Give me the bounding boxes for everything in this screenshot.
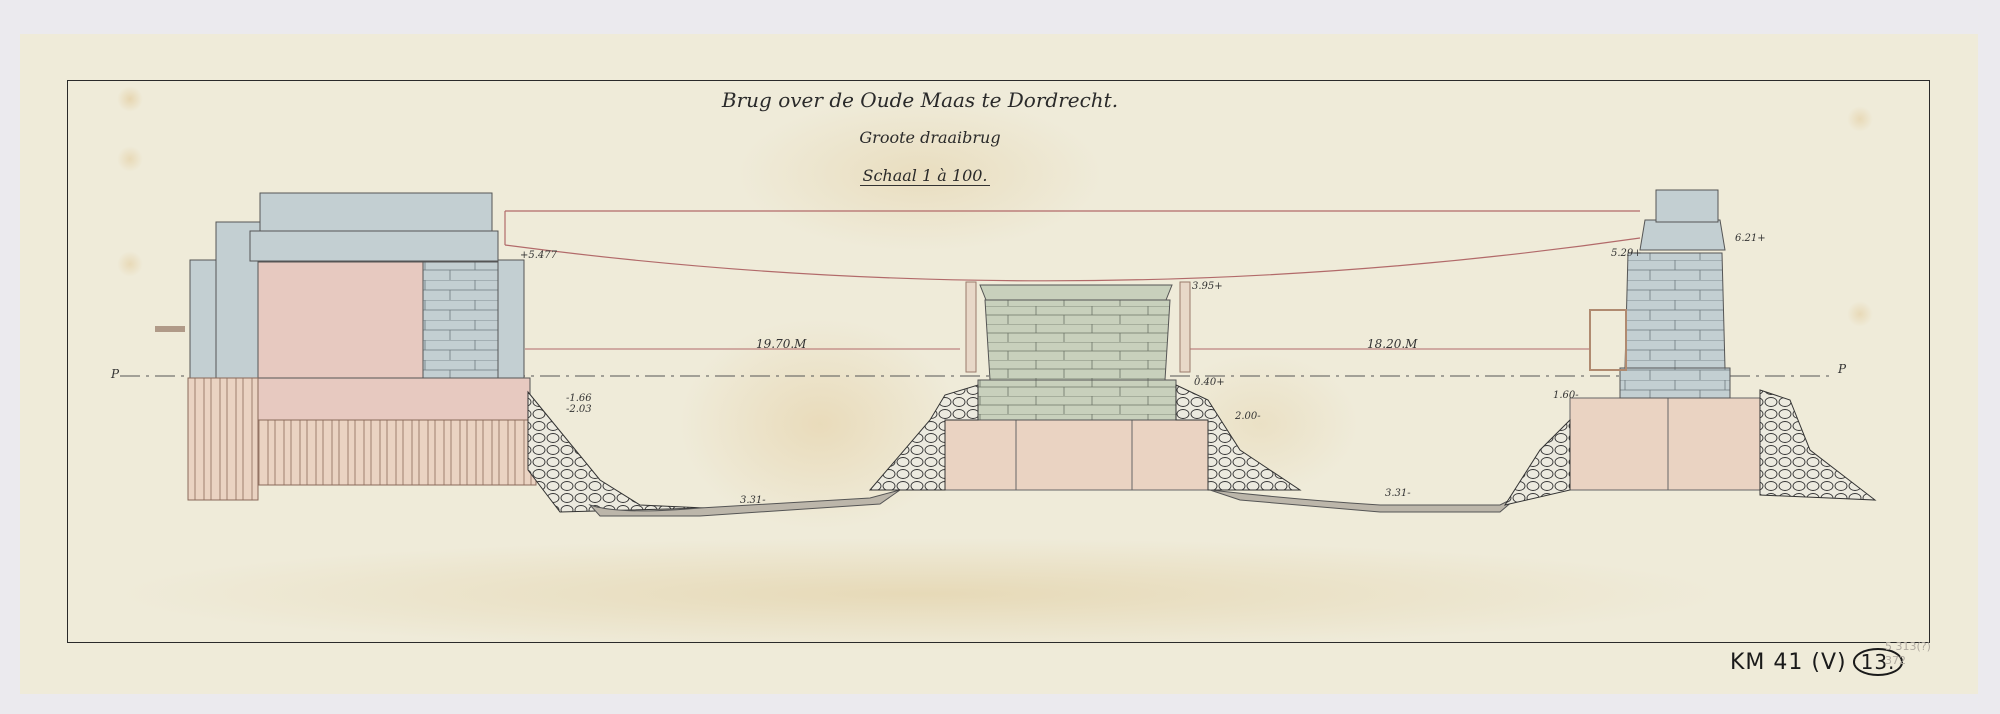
dim-left-footing-2: -2.03 — [566, 404, 592, 415]
datum-label-left: P — [111, 367, 119, 381]
center-pier — [870, 282, 1300, 490]
dim-riverbed-right: 3.31- — [1385, 488, 1411, 499]
pencil-note: 5 313(?)372 — [1885, 640, 1931, 668]
dim-riverbed-left: 3.31- — [740, 495, 766, 506]
pencil-note-line: 5 313(?) — [1885, 640, 1931, 654]
dim-left-abutment-top: +5.477 — [520, 250, 557, 261]
left-abutment — [155, 193, 536, 500]
dim-center-pier-top: 3.95+ — [1192, 281, 1223, 292]
dim-center-pier-riprap: 2.00- — [1235, 411, 1261, 422]
archive-code: KM 41 (V) — [1730, 650, 1847, 675]
dim-center-pier-water: 0.40+ — [1194, 377, 1225, 388]
dim-right-pier-base: 1.60- — [1553, 390, 1579, 401]
dim-right-pier-cap: 6.21+ — [1735, 233, 1766, 244]
pencil-note-line: 372 — [1885, 654, 1931, 668]
dim-right-span: 18.20.M — [1367, 337, 1417, 351]
dim-left-span: 19.70.M — [756, 337, 806, 351]
dim-right-pier-shoulder: 5.29+ — [1611, 248, 1642, 259]
archive-mark: KM 41 (V)13. — [1730, 648, 1903, 676]
datum-label-right: P — [1838, 362, 1846, 376]
bridge-elevation-drawing — [0, 0, 2000, 714]
right-pier — [1505, 190, 1875, 505]
dim-left-footing-1: -1.66 — [566, 393, 592, 404]
